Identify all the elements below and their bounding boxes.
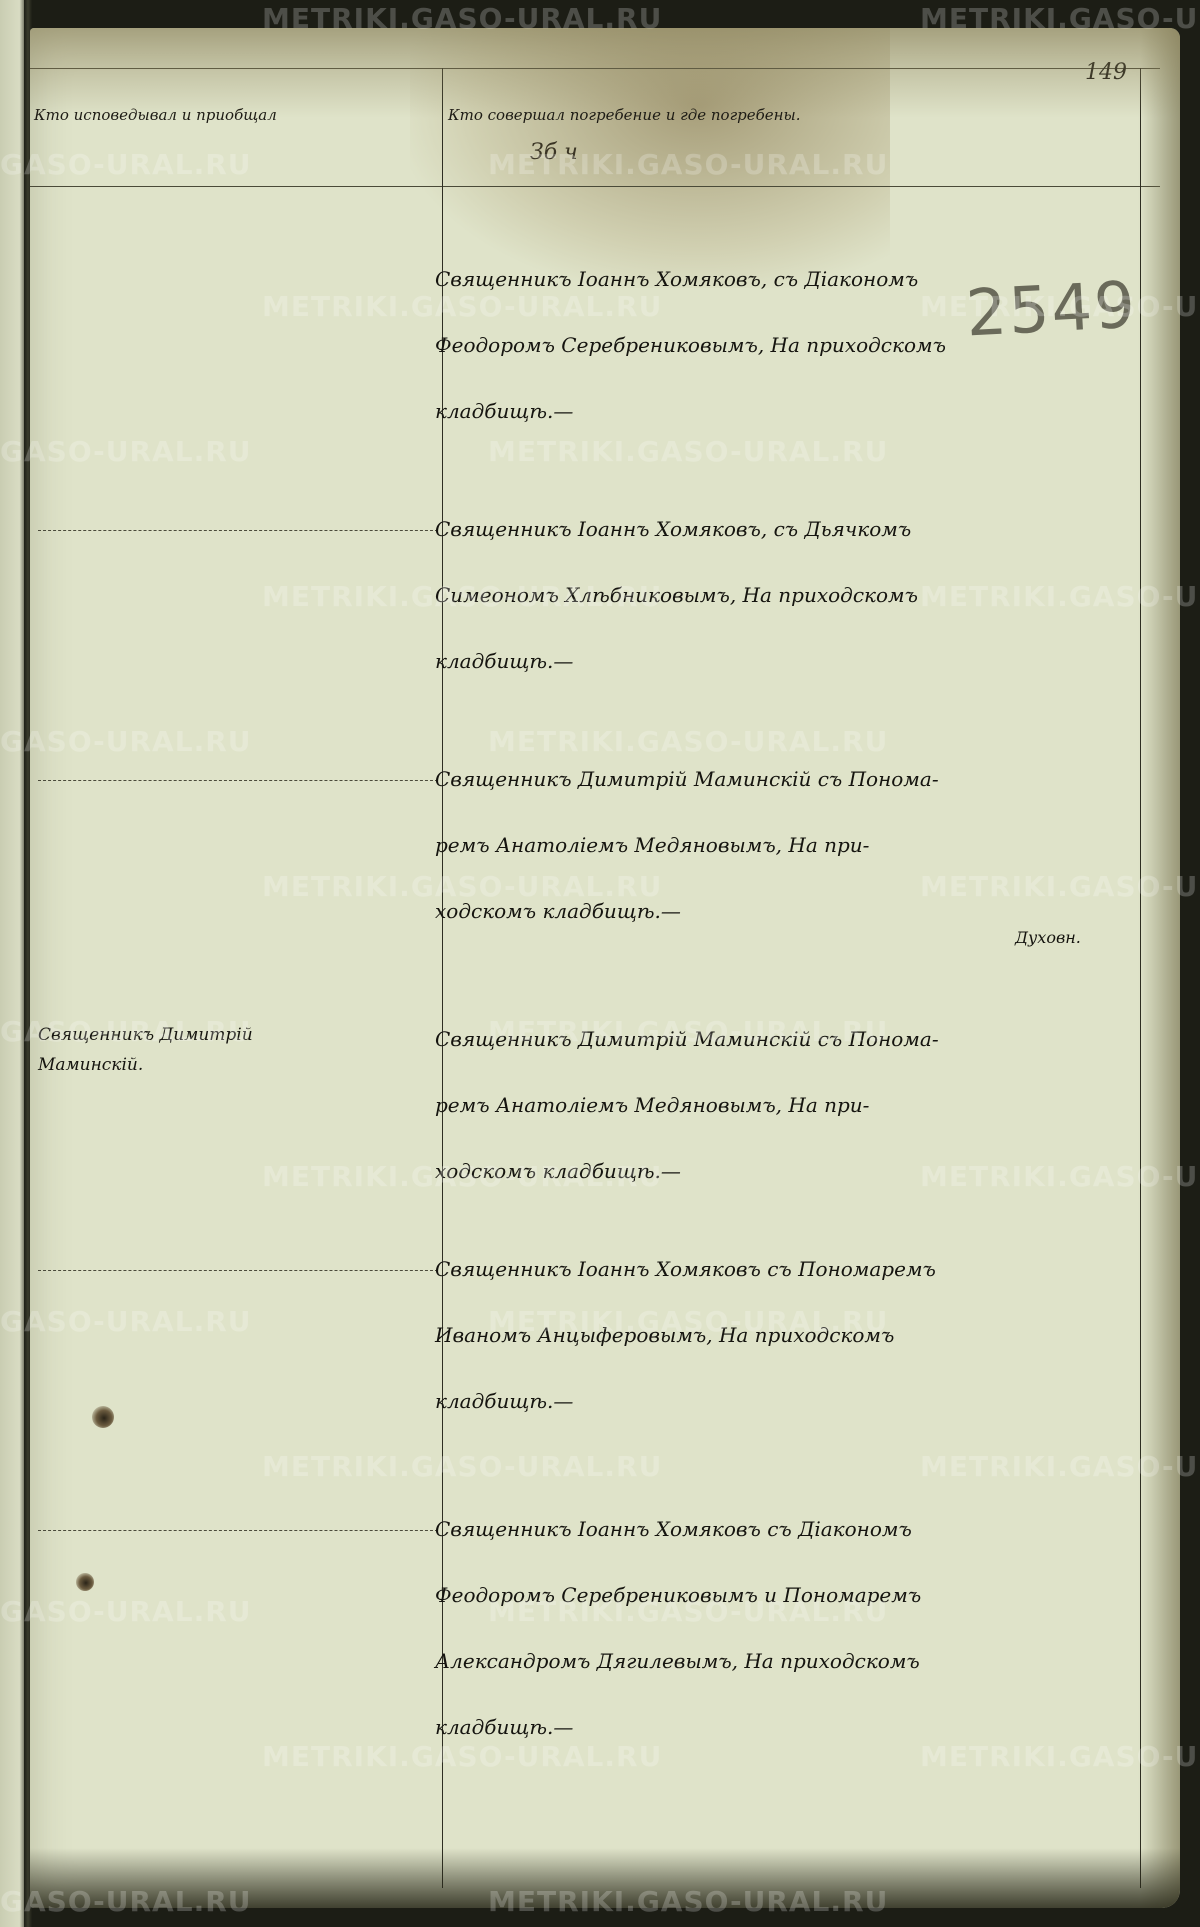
entry-line: Священникъ Димитрій Маминскій съ Понома- <box>435 746 1155 812</box>
entry-line: Священникъ Іоаннъ Хомяковъ съ Пономаремъ <box>435 1236 1155 1302</box>
entry-line: ходскомъ кладбищѣ.— <box>435 1138 1155 1204</box>
entry-line: ремъ Анатоліемъ Медяновымъ, На при- <box>435 812 1155 878</box>
entry-separator <box>38 1530 438 1531</box>
entry-line: Симеономъ Хлѣбниковымъ, На приходскомъ <box>435 562 1155 628</box>
entry-line: Священникъ Іоаннъ Хомяковъ, съ Дьячкомъ <box>435 496 1155 562</box>
entry-line: Священникъ Іоаннъ Хомяковъ, съ Діакономъ <box>435 246 1155 312</box>
header-bottom-rule <box>30 186 1160 187</box>
margin-note: Духовн. <box>1015 928 1081 947</box>
burial-entry-3: Священникъ Димитрій Маминскій съ Понома-… <box>435 746 1155 944</box>
entry-separator <box>38 1270 438 1271</box>
binding-hole <box>76 1573 94 1591</box>
header-annotation: Зб ч <box>530 140 578 165</box>
entry-line: Александромъ Дягилевымъ, На приходскомъ <box>435 1628 1155 1694</box>
header-top-rule <box>30 68 1160 69</box>
entry-line: кладбищѣ.— <box>435 1694 1155 1760</box>
folio-number: 149 <box>1085 60 1127 85</box>
burial-entry-1: Священникъ Іоаннъ Хомяковъ, съ Діакономъ… <box>435 246 1155 444</box>
entry-line: ремъ Анатоліемъ Медяновымъ, На при- <box>435 1072 1155 1138</box>
entry-separator <box>38 530 438 531</box>
burial-entry-4: Священникъ Димитрій Маминскій съ Понома-… <box>435 1006 1155 1204</box>
entry-line: кладбищѣ.— <box>435 1368 1155 1434</box>
confessor-line: Маминскій. <box>38 1050 438 1080</box>
entry-line: Феодоромъ Серебрениковымъ и Пономаремъ <box>435 1562 1155 1628</box>
confessor-entry-4: Священникъ Димитрій Маминскій. <box>38 1020 438 1080</box>
entry-line: Священникъ Димитрій Маминскій съ Понома- <box>435 1006 1155 1072</box>
page-right-edge <box>1140 28 1180 1908</box>
entry-line: Феодоромъ Серебрениковымъ, На приходском… <box>435 312 1155 378</box>
entry-separator <box>38 780 438 781</box>
burial-entry-6: Священникъ Іоаннъ Хомяковъ съ Діакономъ … <box>435 1496 1155 1760</box>
entry-line: кладбищѣ.— <box>435 378 1155 444</box>
register-page: Кто исповедывал и приобщал Кто совершал … <box>30 28 1180 1908</box>
confessor-line: Священникъ Димитрій <box>38 1020 438 1050</box>
entry-line: Иваномъ Анцыферовымъ, На приходскомъ <box>435 1302 1155 1368</box>
column-header-confessor: Кто исповедывал и приобщал <box>34 106 277 124</box>
scanned-register-page: Кто исповедывал и приобщал Кто совершал … <box>0 0 1200 1927</box>
page-bottom-edge <box>30 1848 1180 1908</box>
burial-entry-5: Священникъ Іоаннъ Хомяковъ съ Пономаремъ… <box>435 1236 1155 1434</box>
binding-hole <box>92 1406 114 1428</box>
entry-line: кладбищѣ.— <box>435 628 1155 694</box>
burial-entry-2: Священникъ Іоаннъ Хомяковъ, съ Дьячкомъ … <box>435 496 1155 694</box>
entry-line: Священникъ Іоаннъ Хомяковъ съ Діакономъ <box>435 1496 1155 1562</box>
column-header-burial: Кто совершал погребение и где погребены. <box>448 106 801 124</box>
